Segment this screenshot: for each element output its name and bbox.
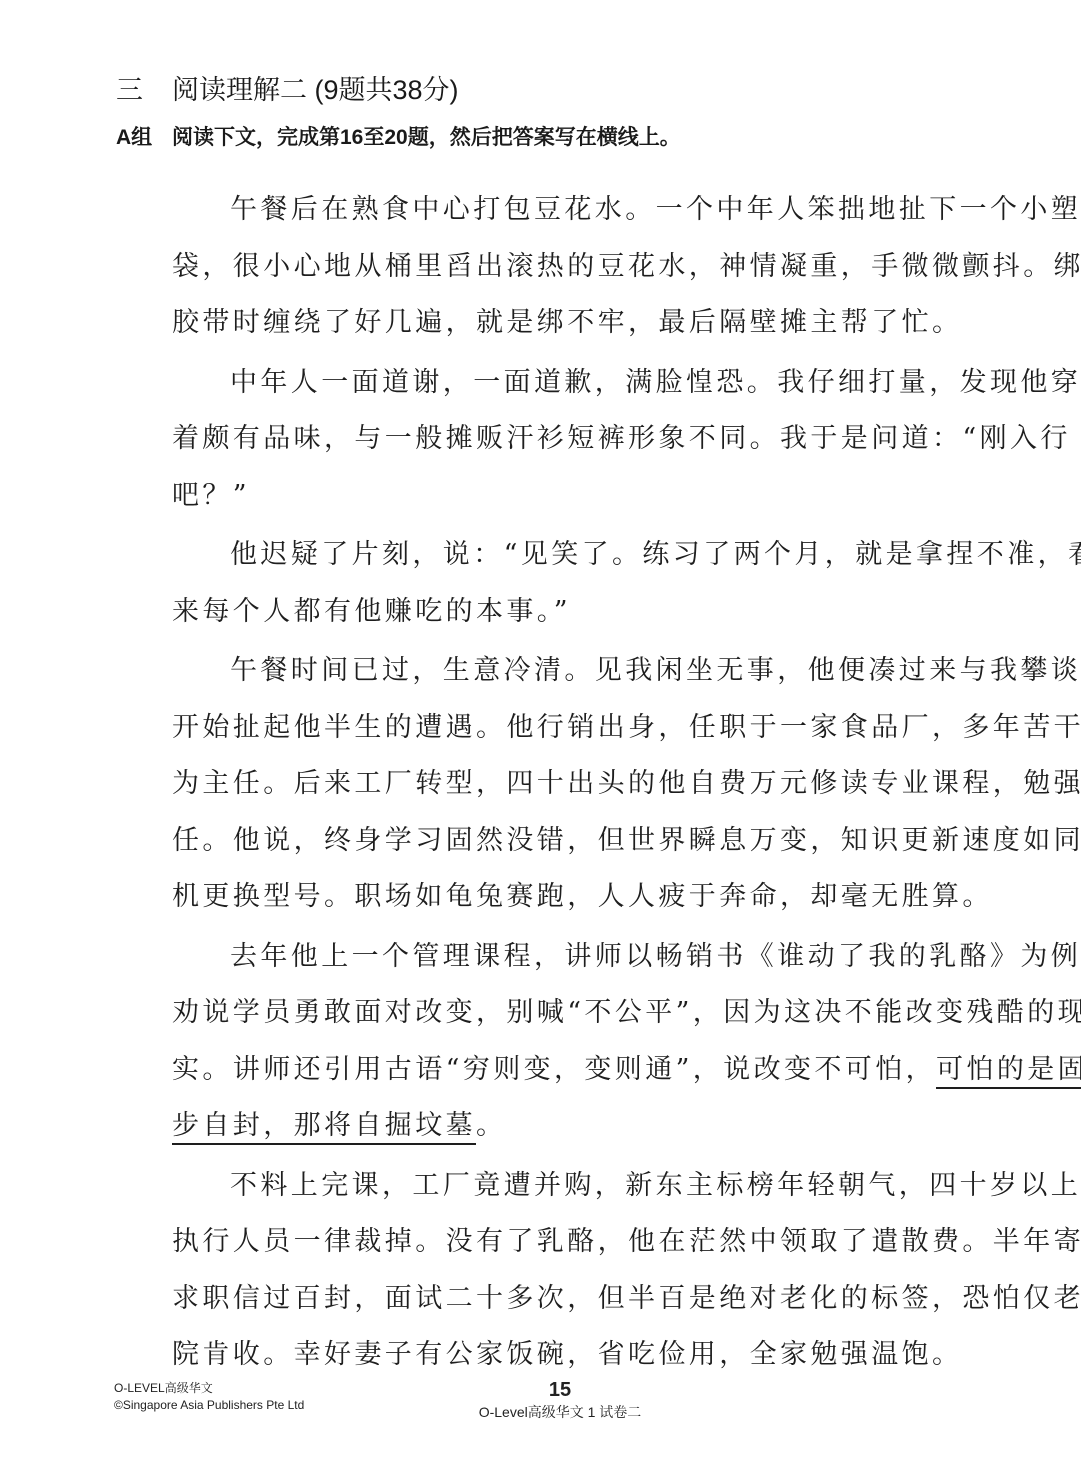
passage-paragraph-5: 去年他上一个管理课程，讲师以畅销书《谁动了我的乳酪》为例， 劝说学员勇敢面对改变… bbox=[114, 929, 1004, 1155]
passage-line: 劝说学员勇敢面对改变，别喊“不公平”，因为这决不能改变残酷的现 bbox=[114, 985, 1004, 1042]
passage-line-text: 。 bbox=[476, 1110, 506, 1141]
passage-line: 午餐后在熟食中心打包豆花水。一个中年人笨拙地扯下一个小塑料 bbox=[114, 182, 1004, 239]
passage-paragraph-2: 中年人一面道谢，一面道歉，满脸惶恐。我仔细打量，发现他穿 着颇有品味，与一般摊贩… bbox=[114, 355, 1004, 525]
passage-line: 开始扯起他半生的遭遇。他行销出身，任职于一家食品厂，多年苦干升 bbox=[114, 700, 1004, 757]
passage-line: 步自封，那将自掘坟墓。 bbox=[114, 1098, 1004, 1155]
passage-line: 袋，很小心地从桶里舀出滚热的豆花水，神情凝重，手微微颤抖。绑塑 bbox=[114, 239, 1004, 296]
page-number: 15 bbox=[430, 1378, 690, 1402]
publisher-series: O-LEVEL高级华文 bbox=[114, 1380, 304, 1397]
passage-paragraph-4: 午餐时间已过，生意冷清。见我闲坐无事，他便凑过来与我攀谈， 开始扯起他半生的遭遇… bbox=[114, 643, 1004, 926]
instruction-text: 阅读下文，完成第16至20题，然后把答案写在横线上。 bbox=[172, 126, 681, 149]
passage-line: 执行人员一律裁掉。没有了乳酪，他在茫然中领取了遣散费。半年寄出 bbox=[114, 1214, 1004, 1271]
section-heading: 三阅读理解二 (9题共38分) bbox=[116, 72, 459, 108]
section-title: 阅读理解二 (9题共38分) bbox=[172, 75, 459, 105]
passage-line: 院肯收。幸好妻子有公家饭碗，省吃俭用，全家勉强温饱。 bbox=[114, 1327, 1004, 1384]
footer-publisher: O-LEVEL高级华文 ©Singapore Asia Publishers P… bbox=[114, 1380, 304, 1414]
exam-page: 三阅读理解二 (9题共38分) A组阅读下文，完成第16至20题，然后把答案写在… bbox=[0, 0, 1081, 1470]
passage-line: 他迟疑了片刻，说：“见笑了。练习了两个月，就是拿捏不准，看 bbox=[114, 527, 1004, 584]
passage-line: 去年他上一个管理课程，讲师以畅销书《谁动了我的乳酪》为例， bbox=[114, 929, 1004, 986]
underlined-phrase: 可怕的是固 bbox=[936, 1054, 1081, 1085]
passage-line: 为主任。后来工厂转型，四十出头的他自费万元修读专业课程，勉强留 bbox=[114, 756, 1004, 813]
passage-line: 实。讲师还引用古语“穷则变，变则通”，说改变不可怕，可怕的是固 bbox=[114, 1042, 1004, 1099]
passage-paragraph-1: 午餐后在熟食中心打包豆花水。一个中年人笨拙地扯下一个小塑料 袋，很小心地从桶里舀… bbox=[114, 182, 1004, 352]
passage-line: 着颇有品味，与一般摊贩汗衫短裤形象不同。我于是问道：“刚入行 bbox=[114, 411, 1004, 468]
copyright-notice: ©Singapore Asia Publishers Pte Ltd bbox=[114, 1397, 304, 1414]
paper-name: O-Level高级华文 1 试卷二 bbox=[430, 1402, 690, 1422]
underlined-phrase: 步自封，那将自掘坟墓 bbox=[172, 1110, 476, 1141]
passage-line: 午餐时间已过，生意冷清。见我闲坐无事，他便凑过来与我攀谈， bbox=[114, 643, 1004, 700]
passage-paragraph-6: 不料上完课，工厂竟遭并购，新东主标榜年轻朝气，四十岁以上的 执行人员一律裁掉。没… bbox=[114, 1158, 1004, 1384]
group-label: A组 bbox=[116, 122, 172, 154]
passage-line: 来每个人都有他赚吃的本事。” bbox=[114, 584, 1004, 641]
passage-line: 胶带时缠绕了好几遍，就是绑不牢，最后隔壁摊主帮了忙。 bbox=[114, 295, 1004, 352]
instruction-line: A组阅读下文，完成第16至20题，然后把答案写在横线上。 bbox=[116, 122, 681, 154]
passage-line: 求职信过百封，面试二十多次，但半百是绝对老化的标签，恐怕仅老人 bbox=[114, 1271, 1004, 1328]
passage-line-text: 实。讲师还引用古语“穷则变，变则通”，说改变不可怕， bbox=[172, 1054, 936, 1085]
passage-line: 机更换型号。职场如龟兔赛跑，人人疲于奔命，却毫无胜算。 bbox=[114, 869, 1004, 926]
reading-passage: 午餐后在熟食中心打包豆花水。一个中年人笨拙地扯下一个小塑料 袋，很小心地从桶里舀… bbox=[114, 182, 1004, 1387]
passage-paragraph-3: 他迟疑了片刻，说：“见笑了。练习了两个月，就是拿捏不准，看 来每个人都有他赚吃的… bbox=[114, 527, 1004, 640]
footer-page-info: 15 O-Level高级华文 1 试卷二 bbox=[430, 1378, 690, 1422]
passage-line: 中年人一面道谢，一面道歉，满脸惶恐。我仔细打量，发现他穿 bbox=[114, 355, 1004, 412]
passage-line: 任。他说，终身学习固然没错，但世界瞬息万变，知识更新速度如同手 bbox=[114, 813, 1004, 870]
passage-line: 吧？” bbox=[114, 468, 1004, 525]
section-number: 三 bbox=[116, 72, 172, 108]
passage-line: 不料上完课，工厂竟遭并购，新东主标榜年轻朝气，四十岁以上的 bbox=[114, 1158, 1004, 1215]
